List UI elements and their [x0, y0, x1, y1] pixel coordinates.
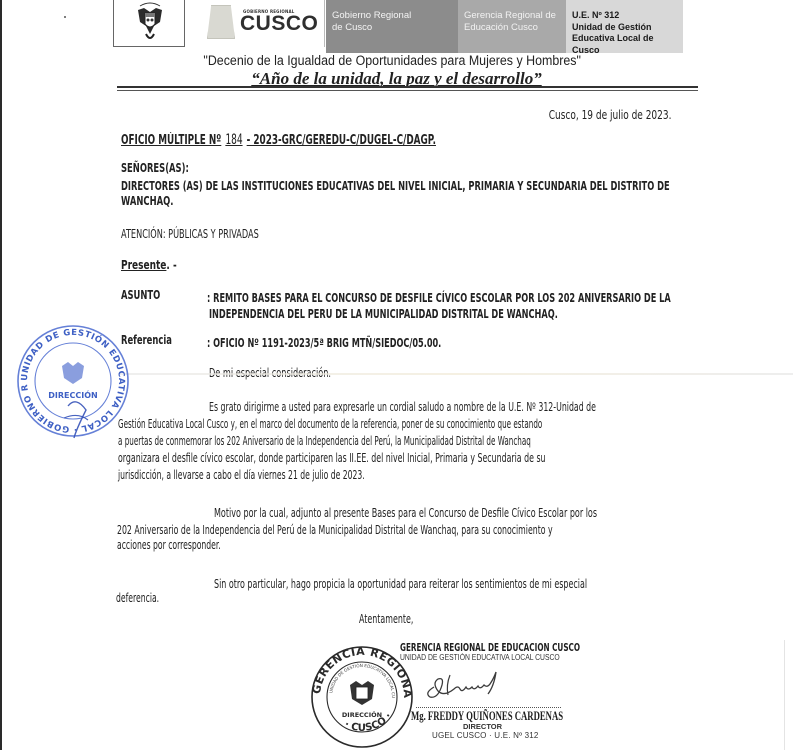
coat-of-arms-icon	[134, 0, 166, 44]
paragraph-line: deferencia.	[116, 591, 159, 605]
handwritten-signature	[420, 665, 520, 709]
subject-line-2: INDEPENDENCIA DEL PERU DE LA MUNICIPALID…	[209, 307, 558, 321]
signatory-title: DIRECTOR	[463, 722, 502, 731]
logo-wordmark: CUSCO	[240, 12, 318, 36]
band-line: Gobierno Regional	[332, 10, 452, 22]
signatory-ugel: UGEL CUSCO · U.E. Nº 312	[432, 731, 539, 740]
closing: Atentamente,	[359, 612, 413, 626]
band-line: U.E. Nº 312	[572, 10, 677, 22]
header-band-ugel: U.E. Nº 312 Unidad de Gestión Educativa …	[566, 0, 683, 53]
direccion-stamp-blue: UNIDAD DE GESTIÓN EDUCATIVA LOCAL · GOBI…	[14, 322, 132, 440]
paragraph-line: 202 Aniversario de la Independencia del …	[117, 523, 553, 537]
recipients-label: SEÑORES(AS):	[121, 161, 189, 175]
decade-motto: "Decenio de la Igualdad de Oportunidades…	[0, 53, 793, 68]
signature-icon	[420, 665, 520, 705]
band-line: de Cusco	[332, 22, 452, 34]
paragraph-line: Es grato dirigirme a usted para expresar…	[209, 400, 596, 414]
scan-artifact-line	[120, 373, 793, 375]
paragraph-line: a puertas de conmemorar los 202 Aniversa…	[118, 434, 531, 448]
round-stamp-icon: UNIDAD DE GESTIÓN EDUCATIVA LOCAL · GOBI…	[14, 322, 132, 440]
paragraph-line: Sin otro particular, hago propicia la op…	[214, 577, 587, 591]
attention-line: ATENCIÓN: PÚBLICAS Y PRIVADAS	[121, 227, 259, 241]
subject-line-1: : REMITO BASES PARA EL CONCURSO DE DESFI…	[207, 291, 671, 305]
paragraph-line: acciones por corresponder.	[117, 538, 221, 552]
paragraph-line: jurisdicción, a llevarse a cabo el día v…	[118, 468, 365, 482]
presente-line: Presente. -	[121, 257, 177, 272]
gobierno-regional-cusco-logo: GOBIERNO REGIONAL CUSCO	[185, 0, 325, 47]
scan-speck	[64, 16, 66, 18]
oficio-number: OFICIO MÚLTIPLE Nº184- 2023-GRC/GEREDU-C…	[121, 132, 436, 148]
signature-unidad: UNIDAD DE GESTIÓN EDUCATIVA LOCAL CUSCO	[400, 653, 560, 662]
paragraph-line: Motivo por la cual, adjunto al presente …	[214, 506, 597, 520]
presente-suffix: . -	[166, 257, 176, 272]
paragraph-line: Gestión Educativa Local Cusco y, en el m…	[118, 417, 542, 431]
svg-text:DIRECCIÓN: DIRECCIÓN	[342, 710, 382, 719]
decade-motto-text: "Decenio de la Igualdad de Oportunidades…	[204, 53, 582, 68]
round-stamp-icon: GERENCIA REGIONAL DE EDUCACIÓN · CUSCO ·…	[310, 645, 414, 749]
document-date: Cusco, 19 de julio de 2023.	[501, 107, 671, 122]
band-line: Educación Cusco	[464, 22, 560, 34]
document-date-text: Cusco, 19 de julio de 2023.	[548, 107, 671, 122]
scan-edge	[784, 640, 785, 750]
header-divider-thin	[117, 90, 698, 91]
peru-coat-of-arms-logo	[113, 0, 185, 47]
oficio-prefix: OFICIO MÚLTIPLE Nº	[121, 133, 221, 148]
oficio-handwritten-number: 184	[221, 132, 246, 148]
presente-word: Presente	[121, 257, 166, 272]
oficio-suffix: - 2023-GRC/GEREDU-C/DUGEL-C/DAGP.	[247, 133, 436, 148]
paragraph-line: organizara el desfile cívico escolar, do…	[118, 451, 546, 465]
page-edge	[0, 0, 2, 750]
header-divider	[117, 86, 698, 88]
band-line: Unidad de Gestión	[572, 22, 677, 34]
recipients-line-1: DIRECTORES (AS) DE LAS INSTITUCIONES EDU…	[121, 179, 670, 193]
subject-label: ASUNTO	[121, 288, 160, 302]
svg-text:DIRECCIÓN: DIRECCIÓN	[48, 389, 97, 400]
recipients-line-2: WANCHAQ.	[121, 194, 173, 208]
direccion-stamp-black: GERENCIA REGIONAL DE EDUCACIÓN · CUSCO ·…	[310, 645, 414, 749]
reference-value: : OFICIO Nº 1191-2023/5ª BRIG MTÑ/SIEDOC…	[207, 336, 441, 350]
header-band-gerencia: Gerencia Regional de Educación Cusco	[458, 0, 566, 53]
header-band-gobierno: Gobierno Regional de Cusco	[326, 0, 458, 53]
cusco-map-icon	[207, 5, 235, 39]
band-line: Gerencia Regional de	[464, 10, 560, 22]
